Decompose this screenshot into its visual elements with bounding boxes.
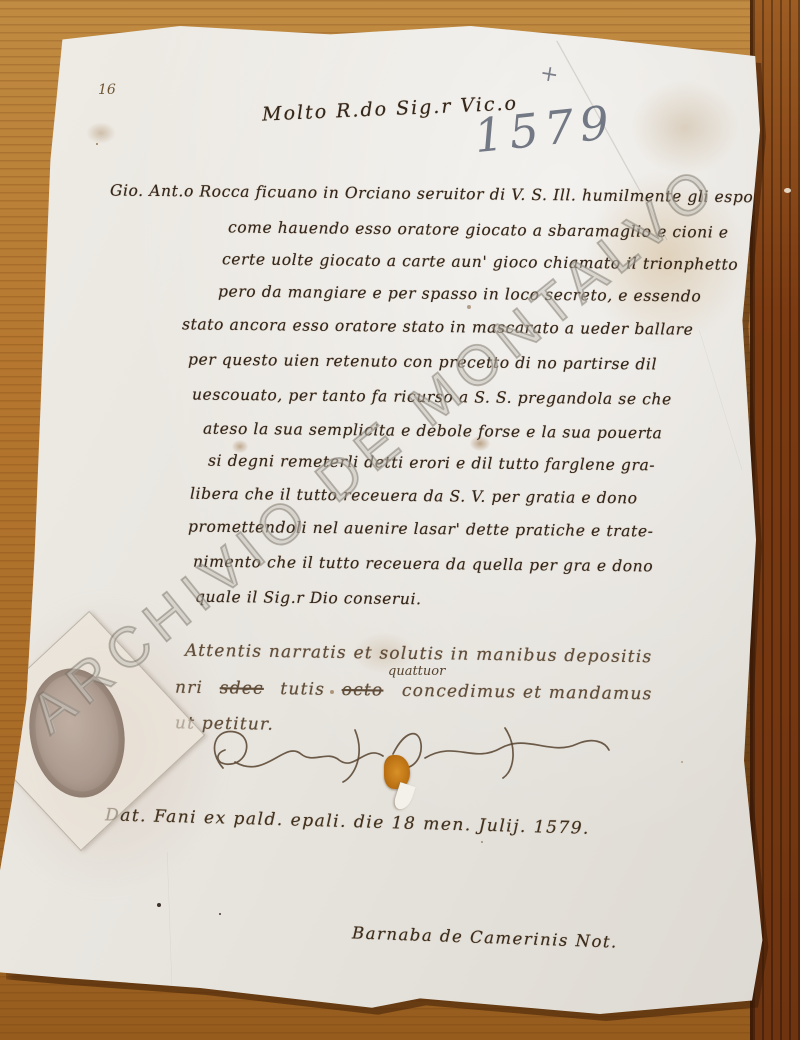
latin-word: nri	[175, 678, 203, 698]
strikethrough-word: sdec	[220, 678, 264, 699]
latin-formula-line: nri sdec tutis octo concedimus et mandam…	[175, 678, 653, 705]
crease-line	[167, 852, 173, 987]
latin-word: tutis	[280, 679, 325, 700]
wood-speck	[784, 188, 791, 193]
manuscript-paper: 16 + 1579 Molto R.do Sig.r Vic.o Gio. An…	[0, 0, 800, 1040]
vicar-signature-flourish	[205, 710, 625, 790]
letter-body-line: stato ancora esso oratore stato in masca…	[182, 315, 694, 338]
foxing-dots	[157, 903, 161, 907]
crease-line	[699, 330, 743, 470]
pencil-cross-mark: +	[538, 61, 560, 89]
letter-body-line: si degni remeterli detti erori e dil tut…	[208, 452, 655, 475]
strikethrough-word: octo	[342, 680, 384, 701]
page-number-annotation: 16	[98, 82, 116, 98]
letter-body-line: pero da mangiare e per spasso in loco se…	[218, 282, 701, 305]
inserted-word: quattuor	[388, 664, 445, 679]
notary-signature: Barnaba de Camerinis Not.	[352, 923, 618, 951]
paper-stain	[86, 122, 116, 144]
latin-word: concedimus et mandamus	[402, 681, 653, 704]
date-line: Dat. Fani ex pald. epali. die 18 men. Ju…	[105, 805, 590, 839]
photo-frame: 16 + 1579 Molto R.do Sig.r Vic.o Gio. An…	[0, 0, 800, 1040]
